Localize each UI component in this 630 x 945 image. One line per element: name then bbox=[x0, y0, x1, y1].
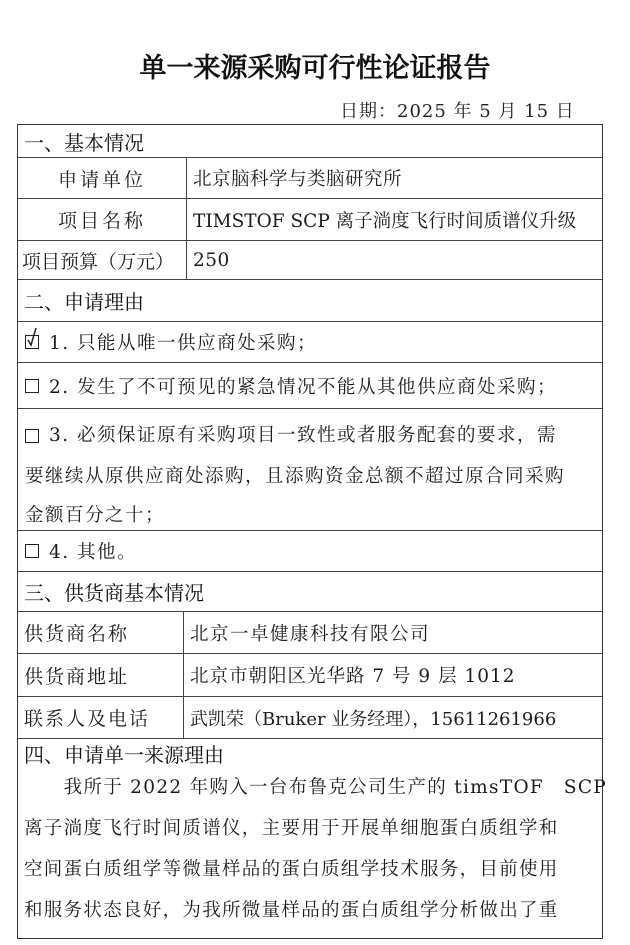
checkbox-empty-icon[interactable] bbox=[25, 544, 39, 558]
value-project-name: TIMSTOF SCP 离子淌度飞行时间质谱仪升级 bbox=[187, 199, 602, 240]
reason-option-1-text: 1. 只能从唯一供应商处采购； bbox=[49, 329, 317, 355]
reason-option-4-text: 4. 其他。 bbox=[49, 538, 137, 564]
section4-heading: 四、申请单一来源理由 bbox=[18, 739, 602, 767]
label-budget: 项目预算（万元） bbox=[18, 241, 187, 279]
checkbox-empty-icon[interactable] bbox=[25, 429, 39, 443]
value-contact: 武凯荣（Bruker 业务经理），15611261966 bbox=[184, 697, 602, 738]
section1-heading: 一、基本情况 bbox=[18, 125, 602, 158]
reason-option-2: 2. 发生了不可预见的紧急情况不能从其他供应商处采购； bbox=[18, 363, 602, 409]
checkmark-icon bbox=[27, 327, 37, 347]
reason-option-3-line-1: 3. 必须保证原有采购项目一致性或者服务配套的要求，需 bbox=[49, 415, 557, 456]
label-project-name: 项目名称 bbox=[18, 199, 187, 240]
reason-option-3-line-3: 金额百分之十； bbox=[25, 495, 594, 536]
reason-option-3: 3. 必须保证原有采购项目一致性或者服务配套的要求，需 要继续从原供应商处添购，… bbox=[18, 409, 602, 531]
table-row-contact: 联系人及电话 武凯荣（Bruker 业务经理），15611261966 bbox=[18, 697, 602, 739]
section3-heading: 三、供货商基本情况 bbox=[18, 572, 602, 612]
value-supplier-address: 北京市朝阳区光华路 7 号 9 层 1012 bbox=[184, 654, 602, 696]
table-row-supplier-address: 供货商地址 北京市朝阳区光华路 7 号 9 层 1012 bbox=[18, 654, 602, 697]
label-supplier-address: 供货商地址 bbox=[18, 654, 184, 696]
label-contact: 联系人及电话 bbox=[18, 697, 184, 738]
value-applicant: 北京脑科学与类脑研究所 bbox=[187, 158, 602, 198]
table-row-supplier-name: 供货商名称 北京一卓健康科技有限公司 bbox=[18, 612, 602, 654]
table-row-applicant: 申请单位 北京脑科学与类脑研究所 bbox=[18, 158, 602, 199]
reason-option-4: 4. 其他。 bbox=[18, 531, 602, 572]
label-applicant: 申请单位 bbox=[18, 158, 187, 198]
paragraph-line-1: 我所于 2022 年购入一台布鲁克公司生产的 timsTOF SCP bbox=[24, 767, 596, 808]
paragraph-line-4: 和服务状态良好，为我所微量样品的蛋白质组学分析做出了重 bbox=[24, 890, 596, 931]
section4-paragraph: 我所于 2022 年购入一台布鲁克公司生产的 timsTOF SCP 离子淌度飞… bbox=[18, 767, 602, 931]
table-row-budget: 项目预算（万元） 250 bbox=[18, 241, 602, 280]
document-date: 日期：2025 年 5 月 15 日 bbox=[340, 97, 575, 123]
section4: 四、申请单一来源理由 我所于 2022 年购入一台布鲁克公司生产的 timsTO… bbox=[18, 739, 602, 938]
value-budget: 250 bbox=[187, 241, 602, 279]
paragraph-line-2: 离子淌度飞行时间质谱仪，主要用于开展单细胞蛋白质组学和 bbox=[24, 808, 596, 849]
reason-option-3-line-2: 要继续从原供应商处添购，且添购资金总额不超过原合同采购 bbox=[25, 456, 594, 497]
table-row-project-name: 项目名称 TIMSTOF SCP 离子淌度飞行时间质谱仪升级 bbox=[18, 199, 602, 241]
checkbox-empty-icon[interactable] bbox=[25, 379, 39, 393]
section2-heading: 二、申请理由 bbox=[18, 280, 602, 322]
checkbox-checked-icon[interactable] bbox=[25, 335, 39, 349]
label-supplier-name: 供货商名称 bbox=[18, 612, 184, 653]
reason-option-1: 1. 只能从唯一供应商处采购； bbox=[18, 322, 602, 363]
report-table: 一、基本情况 申请单位 北京脑科学与类脑研究所 项目名称 TIMSTOF SCP… bbox=[17, 124, 603, 939]
value-supplier-name: 北京一卓健康科技有限公司 bbox=[184, 612, 602, 653]
reason-option-2-text: 2. 发生了不可预见的紧急情况不能从其他供应商处采购； bbox=[49, 373, 557, 399]
paragraph-line-3: 空间蛋白质组学等微量样品的蛋白质组学技术服务，目前使用 bbox=[24, 849, 596, 890]
document-title: 单一来源采购可行性论证报告 bbox=[0, 46, 630, 85]
